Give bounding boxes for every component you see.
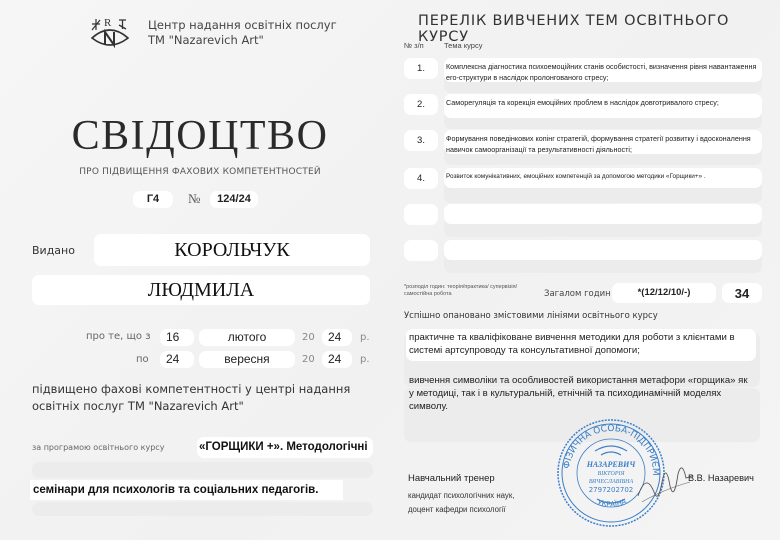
to-year-field: 24 xyxy=(322,351,352,368)
to-century: 20 xyxy=(302,354,315,365)
org-line-1: Центр надання освітніх послуг xyxy=(148,18,337,33)
org-name: Центр надання освітніх послуг ТМ "Nazare… xyxy=(148,18,337,48)
topic-number: 1. xyxy=(404,58,438,79)
number-sign: № xyxy=(188,191,200,207)
signature-icon xyxy=(632,452,694,512)
topic-number xyxy=(404,204,438,225)
content-line-1: практичне та кваліфіковане вивчення мето… xyxy=(406,329,756,361)
program-row-blank xyxy=(32,462,373,478)
program-line-2: семінари для психологів та соціальних пе… xyxy=(30,480,343,500)
from-day-field: 16 xyxy=(160,329,194,346)
trainer-role: Навчальний тренер xyxy=(408,473,495,484)
org-line-2: ТМ "Nazarevich Art" xyxy=(148,33,337,48)
topic-text xyxy=(444,204,762,224)
trainer-name: В.В. Назаревич xyxy=(688,473,754,483)
topic-number: 3. xyxy=(404,130,438,151)
program-label: за програмою освітнього курсу xyxy=(32,443,164,452)
series-field: Г4 xyxy=(133,191,173,208)
total-hours-label: Загалом годин xyxy=(544,289,611,299)
topic-text: Формування поведінкових копінг стратегій… xyxy=(444,130,762,154)
from-year-suffix: р. xyxy=(360,332,370,343)
svg-text:НАЗАРЕВИЧ: НАЗАРЕВИЧ xyxy=(586,460,637,469)
svg-text:R: R xyxy=(104,17,112,29)
content-line-2: вивчення символіки та особливостей викор… xyxy=(406,372,756,415)
col-number-header: № з/п xyxy=(404,41,424,50)
topic-number xyxy=(404,240,438,261)
program-line-1: «ГОРЩИКИ +». Методологічні xyxy=(197,437,373,458)
from-label: про те, що з xyxy=(86,331,151,342)
trainer-degree: кандидат психологічних наук, доцент кафе… xyxy=(408,489,514,517)
content-lines-label: Успішно опановано змістовими лініями осв… xyxy=(404,311,658,321)
certificate-subtitle: ПРО ПІДВИЩЕННЯ ФАХОВИХ КОМПЕТЕНТНОСТЕЙ xyxy=(40,167,360,177)
to-year-suffix: р. xyxy=(360,354,370,365)
topic-number: 2. xyxy=(404,94,438,115)
hours-note: *розподіл годин: теорія/практика/ суперв… xyxy=(404,284,524,298)
from-year-field: 24 xyxy=(322,329,352,346)
trainer-degree-line-2: доцент кафедри психології xyxy=(408,503,514,517)
col-topic-header: Тема курсу xyxy=(444,41,482,50)
logo-icon: R xyxy=(88,12,132,52)
surname-field: КОРОЛЬЧУК xyxy=(94,234,370,266)
topic-text: Саморегуляція та корекція емоційних проб… xyxy=(444,94,762,118)
topic-number: 4. xyxy=(404,168,438,189)
to-month-field: вересня xyxy=(199,351,295,368)
hours-distribution-field: *(12/12/10/-) xyxy=(612,283,716,303)
topic-text xyxy=(444,240,762,260)
certificate-number-field: 124/24 xyxy=(210,191,258,208)
trainer-degree-line-1: кандидат психологічних наук, xyxy=(408,489,514,503)
svg-text:ВІКТОРІЯ: ВІКТОРІЯ xyxy=(598,471,626,477)
issued-label: Видано xyxy=(32,244,75,257)
statement-text: підвищено фахові компетентності у центрі… xyxy=(32,381,372,415)
svg-text:ВЯЧЕСЛАВІВНА: ВЯЧЕСЛАВІВНА xyxy=(589,479,634,485)
topic-text: Комплексна діагностика психоемоційних ст… xyxy=(444,58,762,82)
topic-text: Розвиток комунікативних, емоційних компе… xyxy=(444,168,762,188)
from-month-field: лютого xyxy=(199,329,295,346)
from-century: 20 xyxy=(302,332,315,343)
to-label: по xyxy=(136,354,149,365)
certificate-title: СВІДОЦТВО xyxy=(40,112,360,160)
svg-text:2797202702: 2797202702 xyxy=(589,486,634,494)
total-hours-field: 34 xyxy=(722,283,762,303)
to-day-field: 24 xyxy=(160,351,194,368)
program-row-blank-2 xyxy=(32,502,373,516)
first-name-field: ЛЮДМИЛА xyxy=(32,275,370,305)
